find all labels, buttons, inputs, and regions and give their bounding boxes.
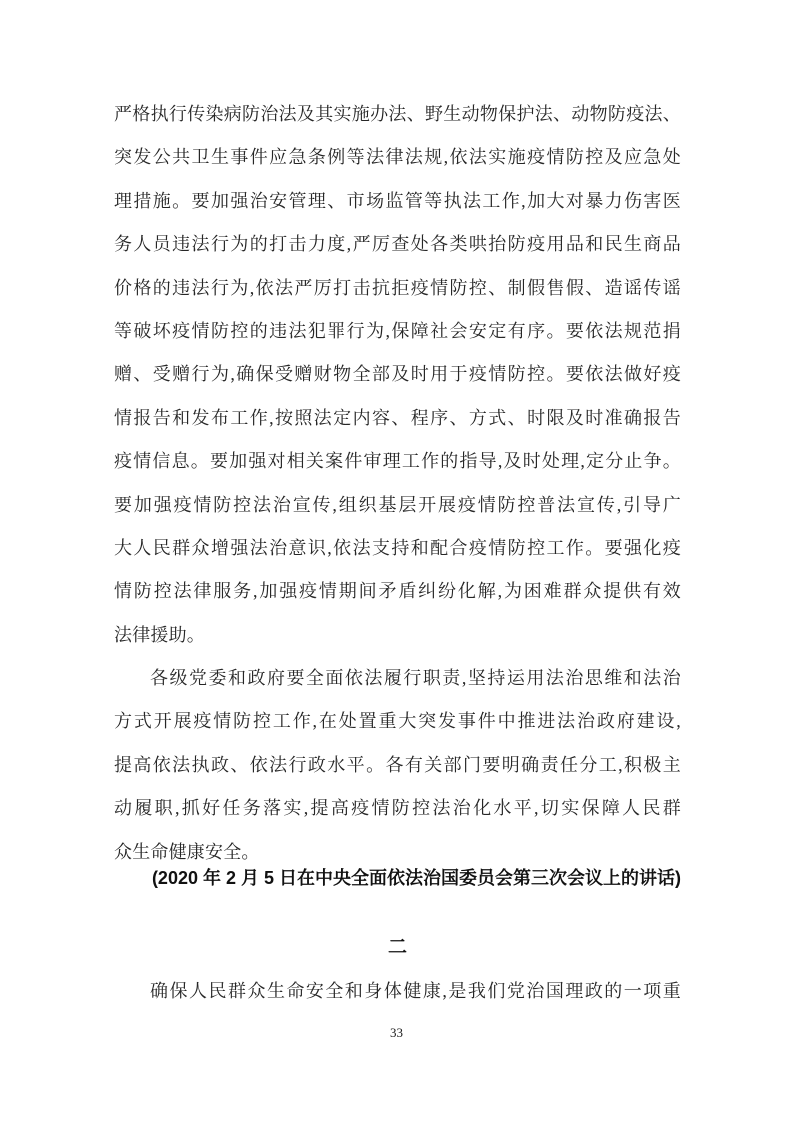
paragraph-3: 确保人民群众生命安全和身体健康,是我们党治国理政的一项重 — [114, 970, 681, 1013]
body-text-line: 确保人民群众生命安全和身体健康,是我们党治国理政的一项重 — [114, 970, 681, 1013]
paragraph-2: 各级党委和政府要全面依法履行职责,坚持运用法治思维和法治方式开展疫情防控工作,在… — [114, 657, 681, 874]
body-text-line: 理措施。要加强治安管理、市场监管等执法工作,加大对暴力伤害医 — [114, 180, 681, 223]
body-text-line: 突发公共卫生事件应急条例等法律法规,依法实施疫情防控及应急处 — [114, 136, 681, 179]
document-page: 严格执行传染病防治法及其实施办法、野生动物保护法、动物防疫法、突发公共卫生事件应… — [0, 0, 793, 1122]
speech-citation: (2020 年 2 月 5 日在中央全面依法治国委员会第三次会议上的讲话) — [114, 866, 681, 890]
page-number: 33 — [0, 1025, 793, 1041]
body-text-line: 情报告和发布工作,按照法定内容、程序、方式、时限及时准确报告 — [114, 397, 681, 440]
body-text-line: 赠、受赠行为,确保受赠财物全部及时用于疫情防控。要依法做好疫 — [114, 353, 681, 396]
body-text-line: 要加强疫情防控法治宣传,组织基层开展疫情防控普法宣传,引导广 — [114, 484, 681, 527]
paragraph-1: 严格执行传染病防治法及其实施办法、野生动物保护法、动物防疫法、突发公共卫生事件应… — [114, 93, 681, 657]
body-text-line: 严格执行传染病防治法及其实施办法、野生动物保护法、动物防疫法、 — [114, 93, 681, 136]
body-text-line: 疫情信息。要加强对相关案件审理工作的指导,及时处理,定分止争。 — [114, 440, 681, 483]
body-text-line: 法律援助。 — [114, 614, 681, 657]
text-block: 严格执行传染病防治法及其实施办法、野生动物保护法、动物防疫法、突发公共卫生事件应… — [114, 93, 681, 1013]
body-text-line: 价格的违法行为,依法严厉打击抗拒疫情防控、制假售假、造谣传谣 — [114, 267, 681, 310]
body-text-line: 动履职,抓好任务落实,提高疫情防控法治化水平,切实保障人民群 — [114, 787, 681, 830]
body-text-line: 情防控法律服务,加强疫情期间矛盾纠纷化解,为困难群众提供有效 — [114, 570, 681, 613]
section-heading: 二 — [114, 934, 681, 962]
body-text-line: 方式开展疫情防控工作,在处置重大突发事件中推进法治政府建设, — [114, 700, 681, 743]
body-text-line: 大人民群众增强法治意识,依法支持和配合疫情防控工作。要强化疫 — [114, 527, 681, 570]
body-text-line: 提高依法执政、依法行政水平。各有关部门要明确责任分工,积极主 — [114, 744, 681, 787]
body-text-line: 各级党委和政府要全面依法履行职责,坚持运用法治思维和法治 — [114, 657, 681, 700]
body-text-line: 务人员违法行为的打击力度,严厉查处各类哄抬防疫用品和民生商品 — [114, 223, 681, 266]
body-text-line: 等破坏疫情防控的违法犯罪行为,保障社会安定有序。要依法规范捐 — [114, 310, 681, 353]
